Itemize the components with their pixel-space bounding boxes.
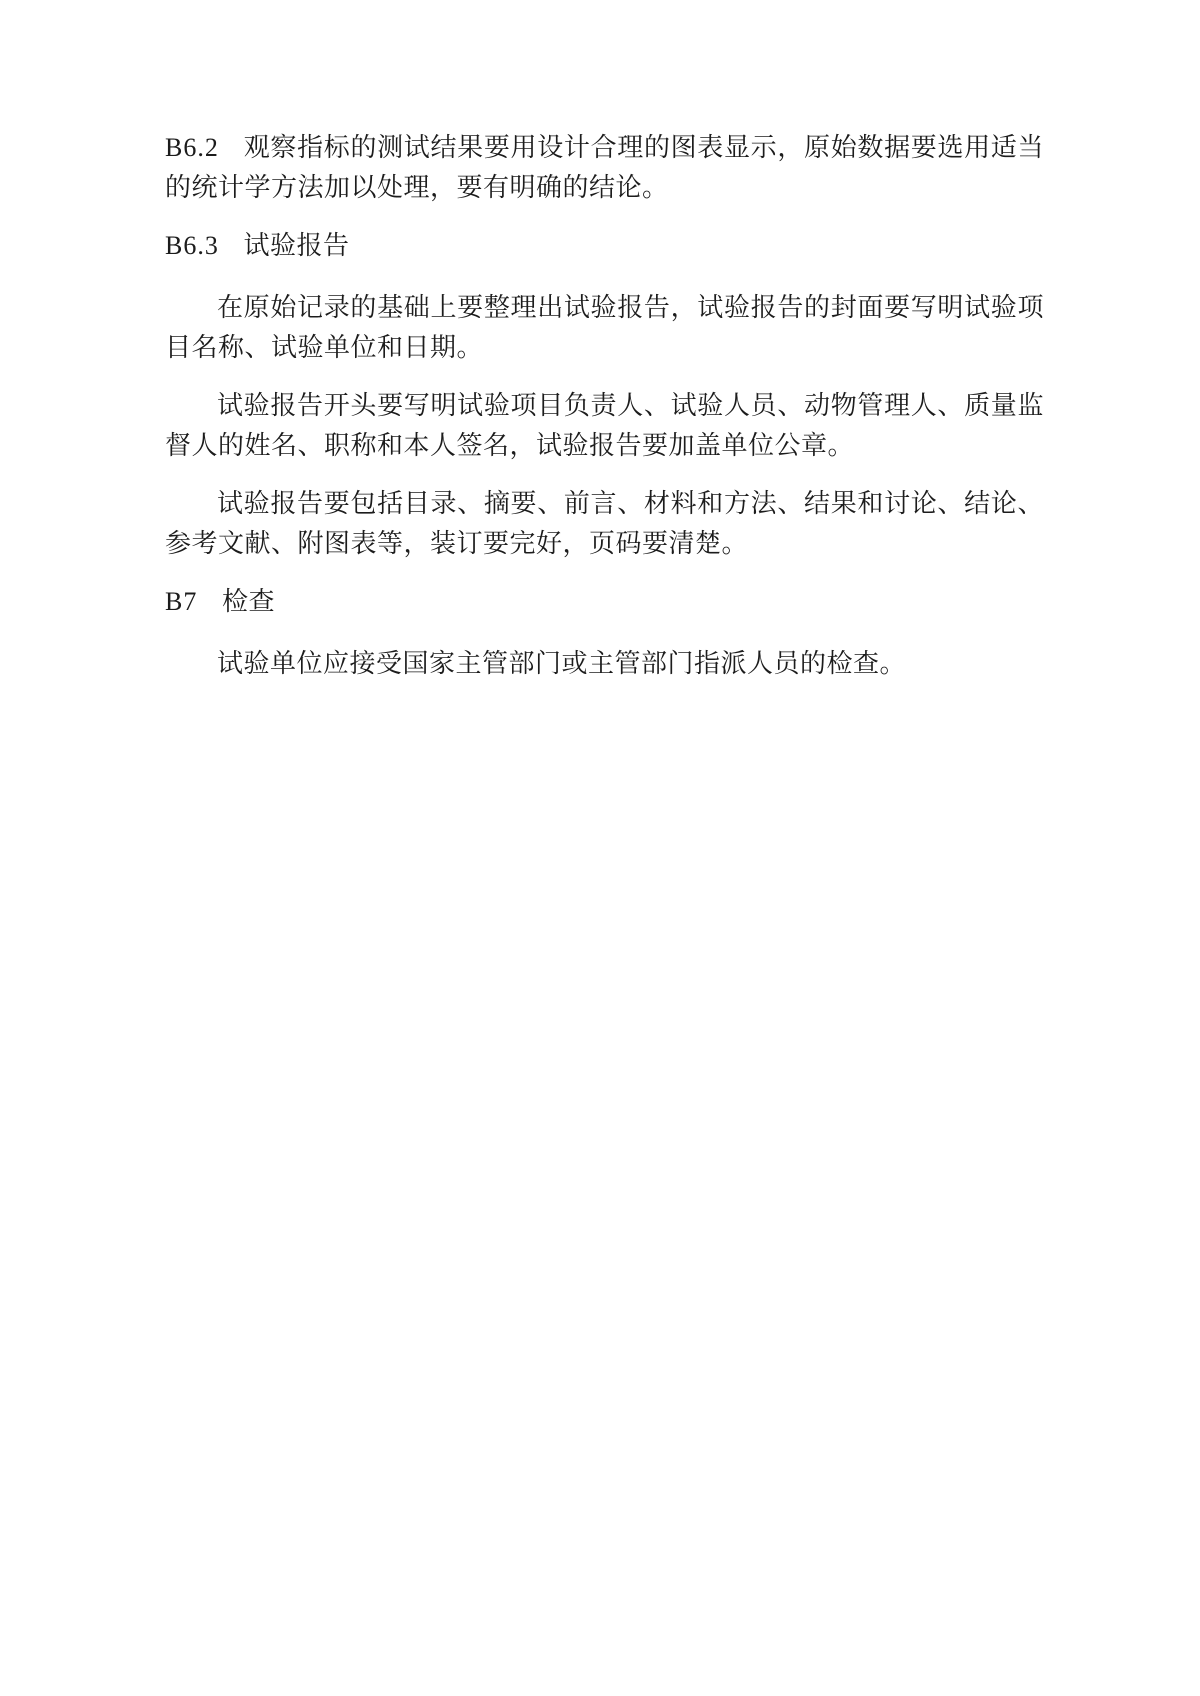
paragraph-report-signatures: 试验报告开头要写明试验项目负责人、试验人员、动物管理人、质量监督人的姓名、职称和… — [165, 386, 1044, 466]
paragraph-report-contents: 试验报告要包括目录、摘要、前言、材料和方法、结果和讨论、结论、参考文献、附图表等… — [165, 484, 1044, 564]
heading-b7: B7检查 — [165, 582, 1044, 622]
clause-b6-2: B6.2观察指标的测试结果要用设计合理的图表显示，原始数据要选用适当的统计学方法… — [165, 128, 1044, 208]
heading-text: 检查 — [222, 587, 275, 616]
document-page: B6.2观察指标的测试结果要用设计合理的图表显示，原始数据要选用适当的统计学方法… — [0, 0, 1200, 1696]
heading-text: 试验报告 — [244, 231, 350, 260]
clause-number: B6.2 — [165, 133, 219, 162]
paragraph-report-cover: 在原始记录的基础上要整理出试验报告，试验报告的封面要写明试验项目名称、试验单位和… — [165, 288, 1044, 368]
document-content: B6.2观察指标的测试结果要用设计合理的图表显示，原始数据要选用适当的统计学方法… — [0, 0, 1200, 684]
clause-text: 观察指标的测试结果要用设计合理的图表显示，原始数据要选用适当的统计学方法加以处理… — [165, 133, 1044, 202]
heading-number: B7 — [165, 587, 197, 616]
heading-number: B6.3 — [165, 231, 219, 260]
heading-b6-3: B6.3试验报告 — [165, 226, 1044, 266]
paragraph-inspection: 试验单位应接受国家主管部门或主管部门指派人员的检查。 — [165, 644, 1044, 684]
